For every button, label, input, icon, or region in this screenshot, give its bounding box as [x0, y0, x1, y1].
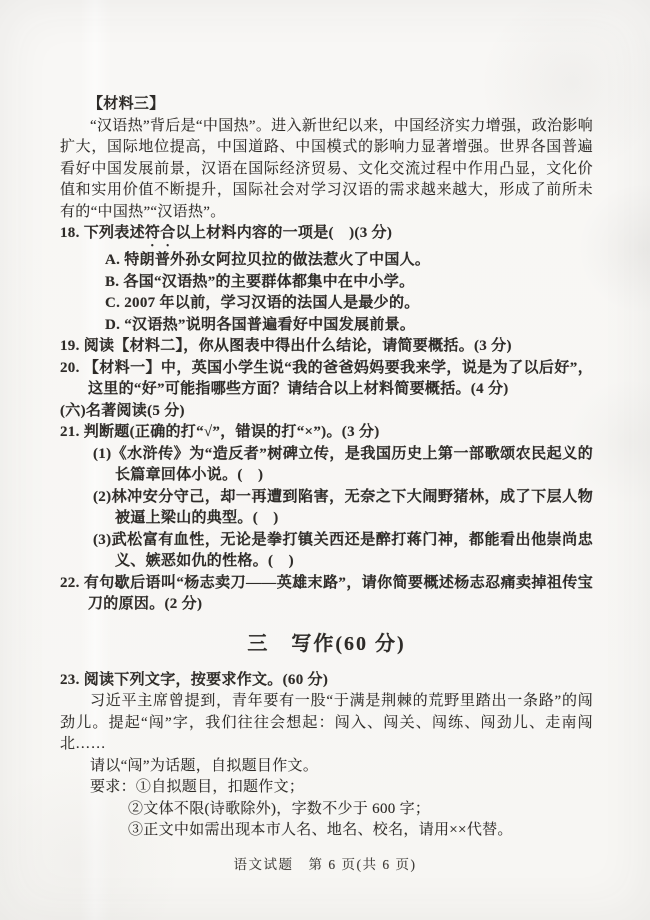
essay-topic-line: 请以“闯”为话题，自拟题目作文。	[60, 756, 593, 778]
option-c: C. 2007 年以前，学习汉语的法国人是最少的。	[105, 293, 593, 315]
option-a: A. 特朗普外孙女阿拉贝拉的做法惹火了中国人。	[105, 250, 593, 272]
question-20: 20. 【材料一】中，英国小学生说“我的爸爸妈妈要我来学，说是为了以后好”，这里…	[60, 358, 593, 401]
question-18-options: A. 特朗普外孙女阿拉贝拉的做法惹火了中国人。 B. 各国“汉语热”的主要群体都…	[105, 250, 593, 336]
question-18-emphasized-word: 符合	[145, 225, 176, 241]
essay-prompt-paragraph: 习近平主席曾提到，青年要有一股“于满是荆棘的荒野里踏出一条路”的闯劲儿。提起“闯…	[60, 691, 593, 756]
question-18-stem: 18. 下列表述符合以上材料内容的一项是( )(3 分)	[60, 223, 593, 250]
material-three-paragraph: “汉语热”背后是“中国热”。进入新世纪以来，中国经济实力增强，政治影响扩大，国际…	[60, 116, 593, 224]
question-18-stem-start: 18. 下列表述	[60, 225, 145, 241]
question-22: 22. 有句歇后语叫“杨志卖刀——英雄末路”，请你简要概述杨志忍痛卖掉祖传宝刀的…	[60, 573, 593, 616]
question-21-item-3: (3)武松富有血性，无论是拳打镇关西还是醉打蒋门神，都能看出他崇尚忠义、嫉恶如仇…	[93, 530, 593, 573]
question-21-item-1: (1)《水浒传》为“造反者”树碑立传，是我国历史上第一部歌颂农民起义的长篇章回体…	[93, 444, 593, 487]
essay-requirement-2: ②文体不限(诗歌除外)，字数不少于 600 字；	[128, 799, 593, 821]
essay-requirement-1: 要求：①自拟题目，扣题作文；	[90, 777, 593, 799]
question-23: 23. 阅读下列文字，按要求作文。(60 分)	[60, 670, 593, 692]
question-21-item-2: (2)林冲安分守己，却一再遭到陷害，无奈之下大闹野猪林，成了下层人物被逼上梁山的…	[93, 487, 593, 530]
scanned-exam-page: 【材料三】 “汉语热”背后是“中国热”。进入新世纪以来，中国经济实力增强，政治影…	[0, 0, 650, 920]
material-three-heading: 【材料三】	[88, 94, 593, 116]
section-writing-title: 三 写作(60 分)	[60, 631, 593, 657]
section-six-heading: (六)名著阅读(5 分)	[60, 401, 593, 423]
question-18-stem-end: 以上材料内容的一项是( )(3 分)	[176, 225, 393, 241]
question-21-stem: 21. 判断题(正确的打“√”，错误的打“×”)。(3 分)	[60, 422, 593, 444]
option-b: B. 各国“汉语热”的主要群体都集中在中小学。	[105, 272, 593, 294]
essay-requirement-3: ③正文中如需出现本市人名、地名、校名，请用××代替。	[128, 820, 593, 842]
option-d: D. “汉语热”说明各国普遍看好中国发展前景。	[105, 315, 593, 337]
page-footer: 语文试题 第 6 页(共 6 页)	[0, 853, 650, 873]
exam-text-block: 【材料三】 “汉语热”背后是“中国热”。进入新世纪以来，中国经济实力增强，政治影…	[60, 94, 593, 842]
question-19: 19. 阅读【材料二】，你从图表中得出什么结论，请简要概括。(3 分)	[60, 336, 593, 358]
